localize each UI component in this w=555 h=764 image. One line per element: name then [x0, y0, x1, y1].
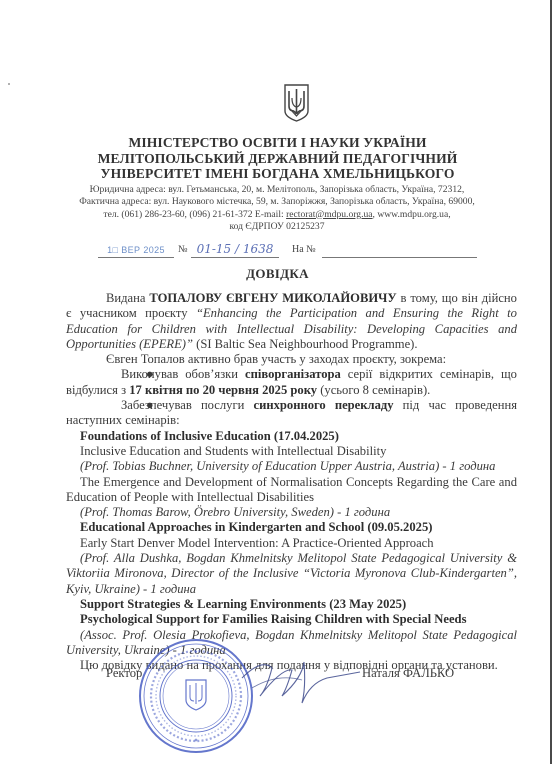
talk-topic: The Emergence and Development of Normali… [66, 475, 517, 506]
reference-number-field [322, 243, 477, 258]
b2-bold: синхронного перекладу [254, 398, 394, 412]
edrpou-code: код ЄДРПОУ 02125237 [17, 221, 537, 233]
address-block: Юридична адреса: вул. Гетьманська, 20, м… [17, 184, 537, 233]
email-link[interactable]: rectorat@mdpu.org.ua [286, 209, 372, 220]
org-line: МЕЛІТОПОЛЬСЬКИЙ ДЕРЖАВНИЙ ПЕДАГОГІЧНИЙ [0, 151, 555, 167]
handwritten-signature [232, 648, 362, 708]
bullet-icon: ● [106, 398, 121, 413]
phone: тел. (061) 286-23-60, (096) 21-61-372 E-… [103, 209, 286, 220]
b2-pre: Забезпечував послуги [121, 398, 254, 412]
registration-number: 01-15 / 1638 [191, 243, 279, 258]
signatory-name: Наталя ФАЛЬКО [362, 666, 454, 681]
seminar-title: Support Strategies & Learning Environmen… [66, 597, 517, 612]
seminar-title: Educational Approaches in Kindergarten a… [66, 520, 517, 535]
talk-speaker: (Prof. Thomas Barow, Örebro University, … [66, 505, 517, 520]
registration-date-stamp: 1□ ВЕР 2025 [98, 243, 174, 258]
b1-bold1: співорганізатора [245, 367, 341, 381]
talk-speaker: (Prof. Alla Dushka, Bogdan Khmelnitsky M… [66, 551, 517, 597]
talk-topic: Psychological Support for Families Raisi… [66, 612, 517, 627]
org-line: МІНІСТЕРСТВО ОСВІТИ І НАУКИ УКРАЇНИ [0, 135, 555, 151]
scan-edge-border [550, 0, 552, 764]
actual-address: Фактична адреса: вул. Наукового містечка… [17, 196, 537, 208]
intro-pre: Видана [106, 291, 149, 305]
programme: (SI Baltic Sea Neighbourhood Programme). [193, 337, 418, 351]
legal-address: Юридична адреса: вул. Гетьманська, 20, м… [17, 184, 537, 196]
document-title: ДОВІДКА [0, 266, 555, 282]
participation-intro: Євген Топалов активно брав участь у захо… [66, 352, 517, 367]
organization-header: МІНІСТЕРСТВО ОСВІТИ І НАУКИ УКРАЇНИ МЕЛІ… [0, 135, 555, 182]
talk-topic: Early Start Denver Model Intervention: A… [66, 536, 517, 551]
b1-post: (усього 8 семінарів). [317, 383, 430, 397]
bullet-interpretation: ●Забезпечував послуги синхронного перекл… [66, 398, 517, 429]
bullet-icon: ● [106, 367, 121, 382]
bullet-coorganizer: ●Виконував обов’язки співорганізатора се… [66, 367, 517, 398]
b1-pre: Виконував обов’язки [121, 367, 245, 381]
document-body: Видана ТОПАЛОВУ ЄВГЕНУ МИКОЛАЙОВИЧУ в то… [66, 291, 517, 673]
number-label: № [178, 243, 188, 257]
intro-paragraph: Видана ТОПАЛОВУ ЄВГЕНУ МИКОЛАЙОВИЧУ в то… [66, 291, 517, 352]
website: , www.mdpu.org.ua, [373, 209, 451, 220]
talk-topic: Inclusive Education and Students with In… [66, 444, 517, 459]
contacts: тел. (061) 286-23-60, (096) 21-61-372 E-… [17, 209, 537, 221]
trident-emblem-icon [283, 84, 310, 122]
b1-bold2: 17 квітня по 20 червня 2025 року [129, 383, 317, 397]
seminar-title: Foundations of Inclusive Education (17.0… [66, 429, 517, 444]
scan-dust-mark [8, 83, 10, 85]
talk-speaker: (Prof. Tobias Buchner, University of Edu… [66, 459, 517, 474]
recipient-name: ТОПАЛОВУ ЄВГЕНУ МИКОЛАЙОВИЧУ [149, 291, 396, 305]
org-line: УНІВЕРСИТЕТ ІМЕНІ БОГДАНА ХМЕЛЬНИЦЬКОГО [0, 166, 555, 182]
reference-label: На № [292, 243, 316, 257]
